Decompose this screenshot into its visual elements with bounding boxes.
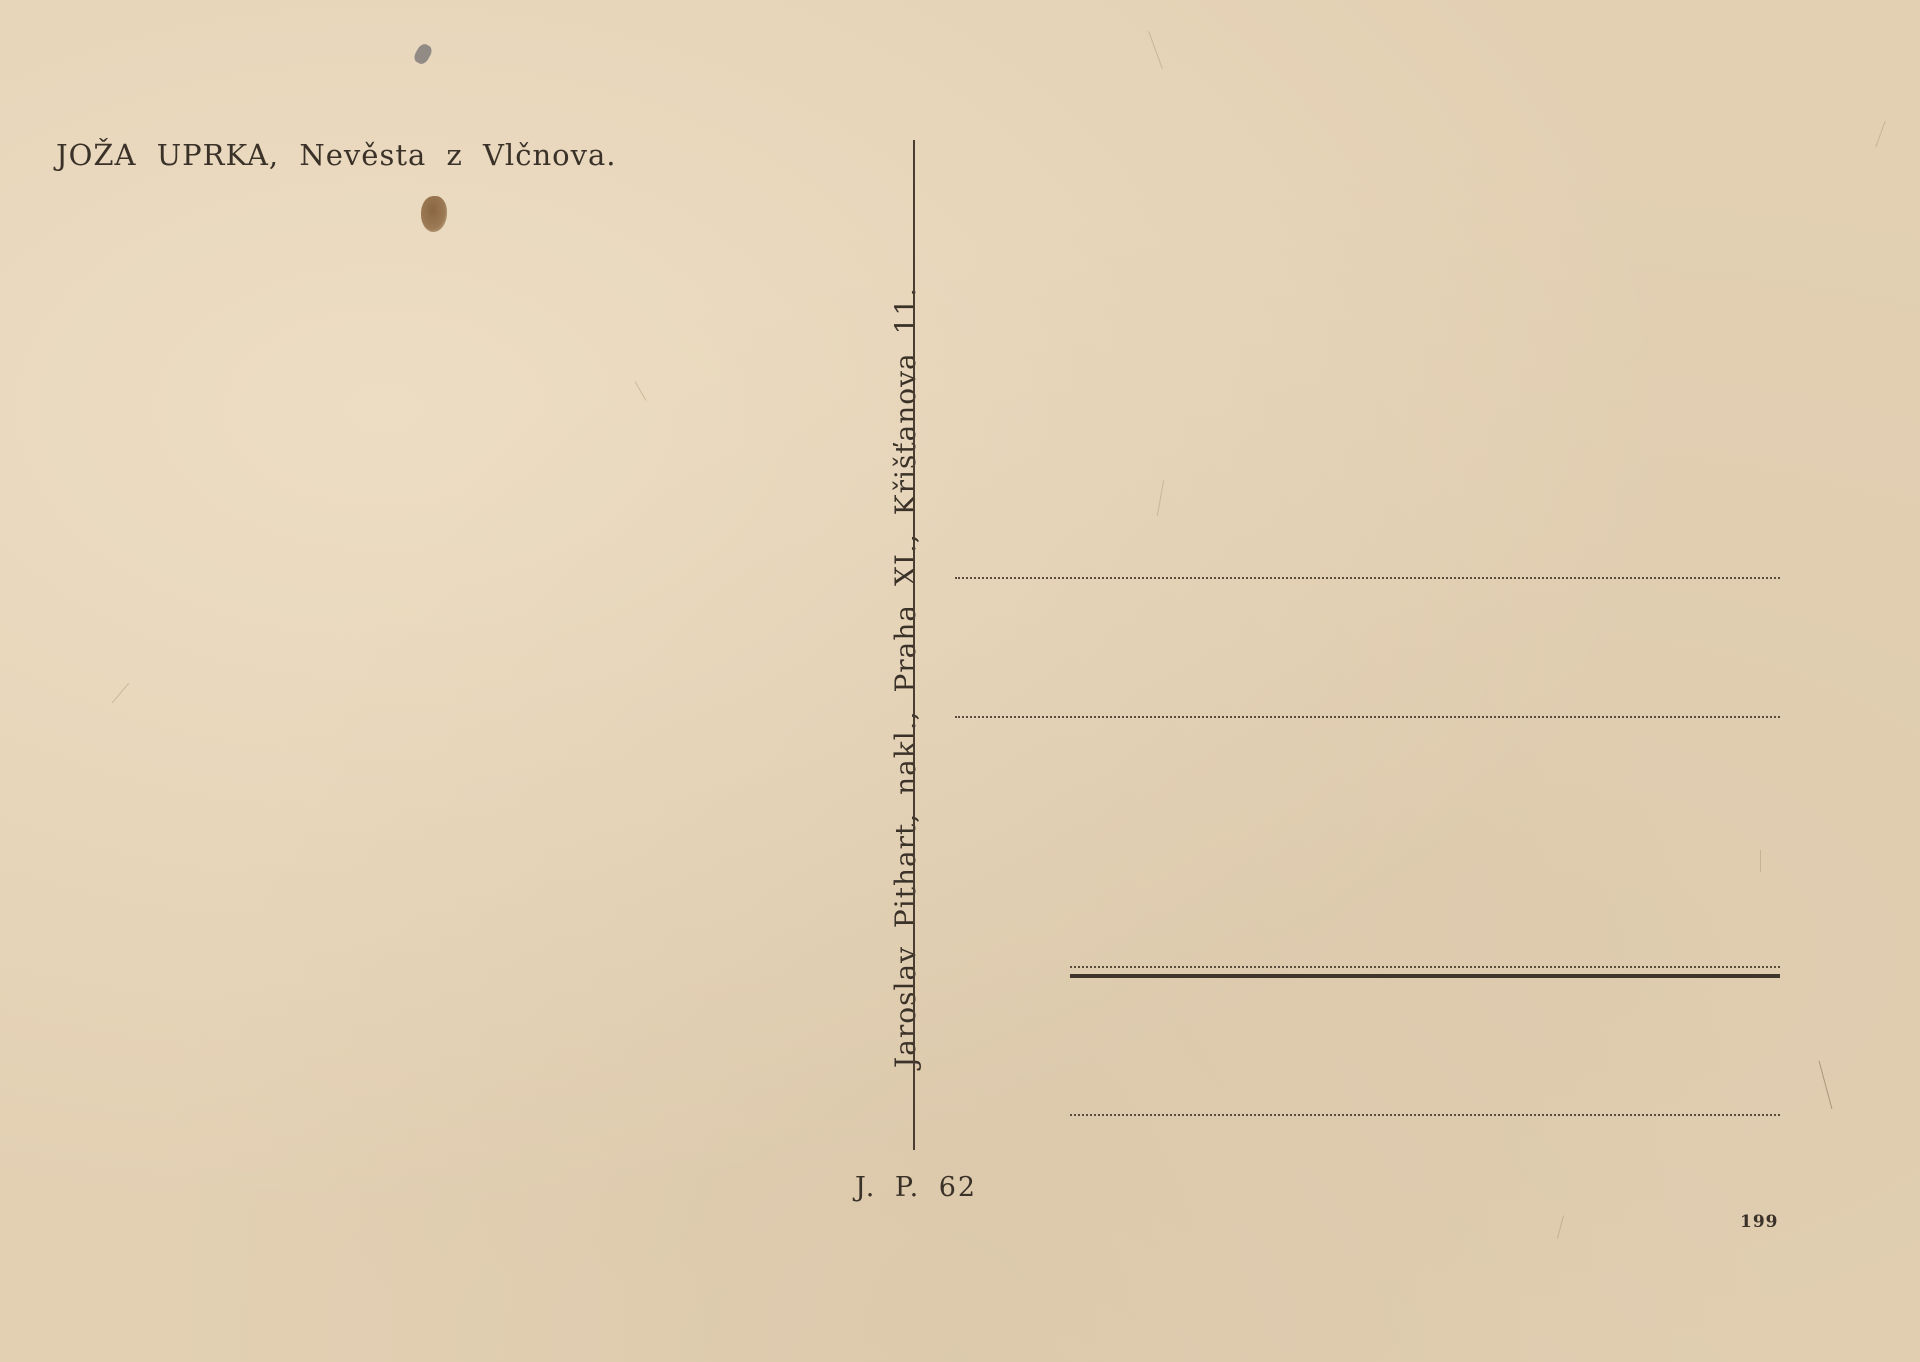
series-code: J. P. 62 <box>855 1172 977 1203</box>
artwork-caption: JOŽA UPRKA, Nevěsta z Vlčnova. <box>56 138 616 172</box>
paper-fiber <box>1760 850 1761 872</box>
address-line-1 <box>955 577 1780 579</box>
address-underline <box>1070 974 1780 978</box>
paper-fiber <box>112 683 129 704</box>
print-number: 199 <box>1740 1212 1779 1232</box>
address-line-3 <box>1070 966 1780 968</box>
pencil-mark <box>412 42 434 66</box>
address-line-2 <box>955 716 1780 718</box>
paper-fiber <box>1148 31 1163 69</box>
address-line-4 <box>1070 1114 1780 1116</box>
paper-fiber <box>1819 1061 1833 1110</box>
postcard-back: JOŽA UPRKA, Nevěsta z Vlčnova. Jaroslav … <box>0 0 1920 1362</box>
ink-stain <box>421 196 447 232</box>
paper-fiber <box>1557 1215 1564 1238</box>
paper-fiber <box>1157 480 1164 516</box>
paper-fiber <box>635 381 647 401</box>
publisher-imprint: Jaroslav Pithart, nakl., Praha XI., Křiš… <box>889 287 922 1068</box>
vertical-divider <box>913 140 915 1150</box>
paper-fiber <box>1875 121 1886 148</box>
